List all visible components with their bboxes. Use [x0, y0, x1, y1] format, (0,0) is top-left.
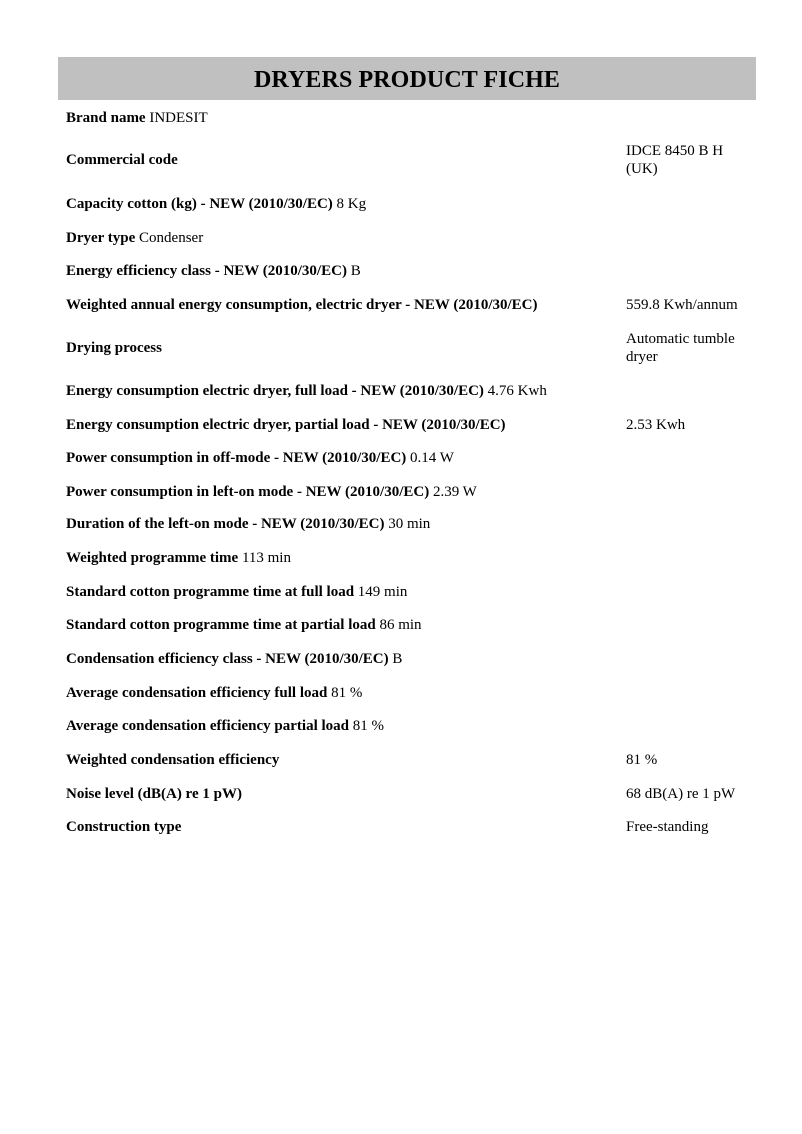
spec-label: Weighted condensation efficiency	[66, 752, 279, 768]
spec-label: Noise level (dB(A) re 1 pW)	[66, 786, 242, 802]
spec-value: 81 %	[626, 751, 756, 769]
spec-row-capacity: Capacity cotton (kg) - NEW (2010/30/EC) …	[66, 195, 756, 213]
spec-value: 2.39 W	[433, 484, 477, 500]
spec-value: 68 dB(A) re 1 pW	[626, 785, 766, 803]
spec-label: Drying process	[66, 339, 162, 357]
page-title: DRYERS PRODUCT FICHE	[254, 68, 560, 92]
spec-row-weighted-programme-time: Weighted programme time 113 min	[66, 549, 756, 567]
spec-label: Duration of the left-on mode - NEW (2010…	[66, 516, 384, 532]
spec-row-dryer-type: Dryer type Condenser	[66, 229, 756, 247]
spec-row-power-off-mode: Power consumption in off-mode - NEW (201…	[66, 449, 756, 467]
spec-label: Condensation efficiency class - NEW (201…	[66, 651, 389, 667]
spec-label: Capacity cotton (kg) - NEW (2010/30/EC)	[66, 196, 333, 212]
spec-value: 149 min	[358, 584, 408, 600]
spec-label: Average condensation efficiency partial …	[66, 718, 349, 734]
spec-label: Average condensation efficiency full loa…	[66, 685, 327, 701]
spec-label: Commercial code	[66, 151, 178, 169]
spec-row-construction-type: Construction type Free-standing	[66, 818, 756, 836]
spec-value: 30 min	[388, 516, 430, 532]
spec-value: 8 Kg	[337, 196, 367, 212]
spec-label: Standard cotton programme time at partia…	[66, 617, 376, 633]
spec-value: 81 %	[331, 685, 362, 701]
spec-value: Free-standing	[626, 818, 756, 836]
spec-label: Dryer type	[66, 230, 135, 246]
spec-value: 113 min	[242, 550, 291, 566]
spec-row-left-on-duration: Duration of the left-on mode - NEW (2010…	[66, 515, 756, 533]
spec-row-brand-name: Brand name INDESIT	[66, 109, 756, 127]
spec-value: 81 %	[353, 718, 384, 734]
spec-row-commercial-code: Commercial code IDCE 8450 B H (UK)	[66, 142, 756, 178]
spec-label: Weighted programme time	[66, 550, 238, 566]
spec-value: INDESIT	[149, 110, 207, 126]
spec-value: Condenser	[139, 230, 203, 246]
spec-value: B	[392, 651, 402, 667]
spec-value: IDCE 8450 B H (UK)	[626, 142, 756, 178]
spec-label: Construction type	[66, 819, 181, 835]
spec-value: 2.53 Kwh	[626, 416, 756, 434]
spec-row-drying-process: Drying process Automatic tumble dryer	[66, 330, 756, 366]
spec-row-condensation-full-load: Average condensation efficiency full loa…	[66, 684, 756, 702]
spec-value: 86 min	[379, 617, 421, 633]
spec-row-power-left-on-mode: Power consumption in left-on mode - NEW …	[66, 483, 756, 501]
spec-row-energy-class: Energy efficiency class - NEW (2010/30/E…	[66, 262, 756, 280]
spec-value: Automatic tumble dryer	[626, 330, 756, 366]
spec-label: Power consumption in left-on mode - NEW …	[66, 484, 429, 500]
spec-label: Weighted annual energy consumption, elec…	[66, 297, 538, 313]
spec-label: Energy consumption electric dryer, parti…	[66, 417, 506, 433]
spec-value: 4.76 Kwh	[488, 383, 547, 399]
title-bar: DRYERS PRODUCT FICHE	[58, 57, 756, 100]
spec-row-cotton-partial-load-time: Standard cotton programme time at partia…	[66, 616, 756, 634]
spec-value: B	[351, 263, 361, 279]
spec-label: Energy efficiency class - NEW (2010/30/E…	[66, 263, 347, 279]
spec-value: 559.8 Kwh/annum	[626, 296, 766, 314]
spec-row-noise-level: Noise level (dB(A) re 1 pW) 68 dB(A) re …	[66, 785, 756, 803]
spec-row-annual-energy: Weighted annual energy consumption, elec…	[66, 296, 756, 314]
spec-label: Energy consumption electric dryer, full …	[66, 383, 484, 399]
spec-row-condensation-partial-load: Average condensation efficiency partial …	[66, 717, 756, 735]
spec-label: Brand name	[66, 110, 146, 126]
spec-row-energy-partial-load: Energy consumption electric dryer, parti…	[66, 416, 756, 434]
spec-row-condensation-class: Condensation efficiency class - NEW (201…	[66, 650, 756, 668]
spec-row-weighted-condensation: Weighted condensation efficiency 81 %	[66, 751, 756, 769]
spec-label: Standard cotton programme time at full l…	[66, 584, 354, 600]
spec-row-energy-full-load: Energy consumption electric dryer, full …	[66, 382, 756, 400]
spec-row-cotton-full-load-time: Standard cotton programme time at full l…	[66, 583, 756, 601]
spec-label: Power consumption in off-mode - NEW (201…	[66, 450, 406, 466]
spec-value: 0.14 W	[410, 450, 454, 466]
